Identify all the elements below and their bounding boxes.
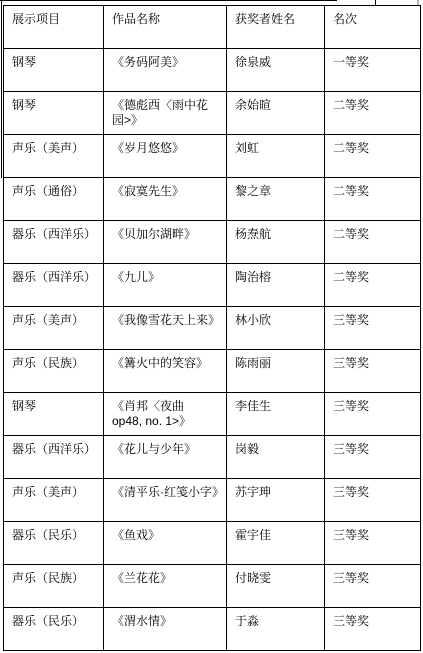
cell-winner-name: 陶治榕 <box>227 264 325 307</box>
cell-display-item: 钢琴 <box>4 92 104 135</box>
cell-rank: 三等奖 <box>325 393 421 436</box>
cell-winner-name: 杨焘航 <box>227 221 325 264</box>
cell-work-title: 《我像雪花天上来》 <box>104 307 227 350</box>
awards-results-table: 展示项目 作品名称 获奖者姓名 名次 钢琴 《务码阿美》 徐泉威 一等奖 钢琴 … <box>3 5 421 651</box>
table-row: 钢琴 《德彪西〈雨中花 园>》 余始暄 二等奖 <box>4 92 421 135</box>
cell-display-item: 器乐（民乐） <box>4 522 104 565</box>
table-row: 器乐（民乐） 《鱼戏》 霍宇佳 三等奖 <box>4 522 421 565</box>
cell-winner-name: 于淼 <box>227 608 325 651</box>
cell-display-item: 器乐（西洋乐） <box>4 264 104 307</box>
cell-winner-name: 付晓雯 <box>227 565 325 608</box>
header-winner-name: 获奖者姓名 <box>227 6 325 49</box>
table-row: 声乐（美声） 《清平乐·红笺小字》 苏宇珅 三等奖 <box>4 479 421 522</box>
cell-display-item: 器乐（西洋乐） <box>4 436 104 479</box>
table-row: 器乐（西洋乐） 《花儿与少年》 岗毅 三等奖 <box>4 436 421 479</box>
table-row: 声乐（美声） 《岁月悠悠》 刘虹 二等奖 <box>4 135 421 178</box>
cell-display-item: 声乐（民族） <box>4 350 104 393</box>
cell-work-title: 《寂寞先生》 <box>104 178 227 221</box>
cell-display-item: 器乐（西洋乐） <box>4 221 104 264</box>
cell-display-item: 声乐（美声） <box>4 135 104 178</box>
table-header-row: 展示项目 作品名称 获奖者姓名 名次 <box>4 6 421 49</box>
cell-rank: 三等奖 <box>325 479 421 522</box>
cell-rank: 二等奖 <box>325 221 421 264</box>
cell-rank: 二等奖 <box>325 178 421 221</box>
cell-rank: 三等奖 <box>325 350 421 393</box>
cell-work-title: 《篝火中的笑容》 <box>104 350 227 393</box>
cell-winner-name: 霍宇佳 <box>227 522 325 565</box>
cell-rank: 三等奖 <box>325 307 421 350</box>
cell-work-title: 《岁月悠悠》 <box>104 135 227 178</box>
cell-work-title: 《花儿与少年》 <box>104 436 227 479</box>
cell-winner-name: 苏宇珅 <box>227 479 325 522</box>
header-rank: 名次 <box>325 6 421 49</box>
table-row: 声乐（通俗） 《寂寞先生》 黎之章 二等奖 <box>4 178 421 221</box>
cell-winner-name: 余始暄 <box>227 92 325 135</box>
cell-display-item: 声乐（美声） <box>4 479 104 522</box>
cell-rank: 二等奖 <box>325 264 421 307</box>
cell-work-title: 《鱼戏》 <box>104 522 227 565</box>
cell-work-title: 《九儿》 <box>104 264 227 307</box>
cell-work-title: 《渭水情》 <box>104 608 227 651</box>
table-row: 器乐（西洋乐） 《贝加尔湖畔》 杨焘航 二等奖 <box>4 221 421 264</box>
cell-display-item: 钢琴 <box>4 393 104 436</box>
cell-display-item: 钢琴 <box>4 49 104 92</box>
cell-rank: 三等奖 <box>325 608 421 651</box>
cell-rank: 二等奖 <box>325 135 421 178</box>
cropped-left-border-line <box>1 0 2 178</box>
table-row: 钢琴 《肖邦〈夜曲 op48, no. 1>》 李佳生 三等奖 <box>4 393 421 436</box>
cell-winner-name: 岗毅 <box>227 436 325 479</box>
cell-winner-name: 陈雨丽 <box>227 350 325 393</box>
cell-work-title: 《务码阿美》 <box>104 49 227 92</box>
header-display-item: 展示项目 <box>4 6 104 49</box>
table-row: 声乐（民族） 《篝火中的笑容》 陈雨丽 三等奖 <box>4 350 421 393</box>
cell-rank: 三等奖 <box>325 522 421 565</box>
table-row: 器乐（西洋乐） 《九儿》 陶治榕 二等奖 <box>4 264 421 307</box>
cell-winner-name: 李佳生 <box>227 393 325 436</box>
cell-work-title: 《贝加尔湖畔》 <box>104 221 227 264</box>
cell-winner-name: 林小欣 <box>227 307 325 350</box>
cell-work-title: 《德彪西〈雨中花 园>》 <box>104 92 227 135</box>
table-row: 器乐（民乐） 《渭水情》 于淼 三等奖 <box>4 608 421 651</box>
cell-winner-name: 徐泉威 <box>227 49 325 92</box>
header-work-title: 作品名称 <box>104 6 227 49</box>
cell-work-title: 《兰花花》 <box>104 565 227 608</box>
cell-winner-name: 黎之章 <box>227 178 325 221</box>
cell-display-item: 声乐（民族） <box>4 565 104 608</box>
cell-work-title: 《清平乐·红笺小字》 <box>104 479 227 522</box>
cell-rank: 三等奖 <box>325 436 421 479</box>
table-row: 声乐（民族） 《兰花花》 付晓雯 三等奖 <box>4 565 421 608</box>
cell-display-item: 声乐（美声） <box>4 307 104 350</box>
cell-display-item: 器乐（民乐） <box>4 608 104 651</box>
cell-rank: 二等奖 <box>325 92 421 135</box>
cell-rank: 三等奖 <box>325 565 421 608</box>
cell-work-title: 《肖邦〈夜曲 op48, no. 1>》 <box>104 393 227 436</box>
table-row: 钢琴 《务码阿美》 徐泉威 一等奖 <box>4 49 421 92</box>
cell-rank: 一等奖 <box>325 49 421 92</box>
cell-winner-name: 刘虹 <box>227 135 325 178</box>
cell-display-item: 声乐（通俗） <box>4 178 104 221</box>
cropped-top-border-line <box>0 0 337 1</box>
table-row: 声乐（美声） 《我像雪花天上来》 林小欣 三等奖 <box>4 307 421 350</box>
